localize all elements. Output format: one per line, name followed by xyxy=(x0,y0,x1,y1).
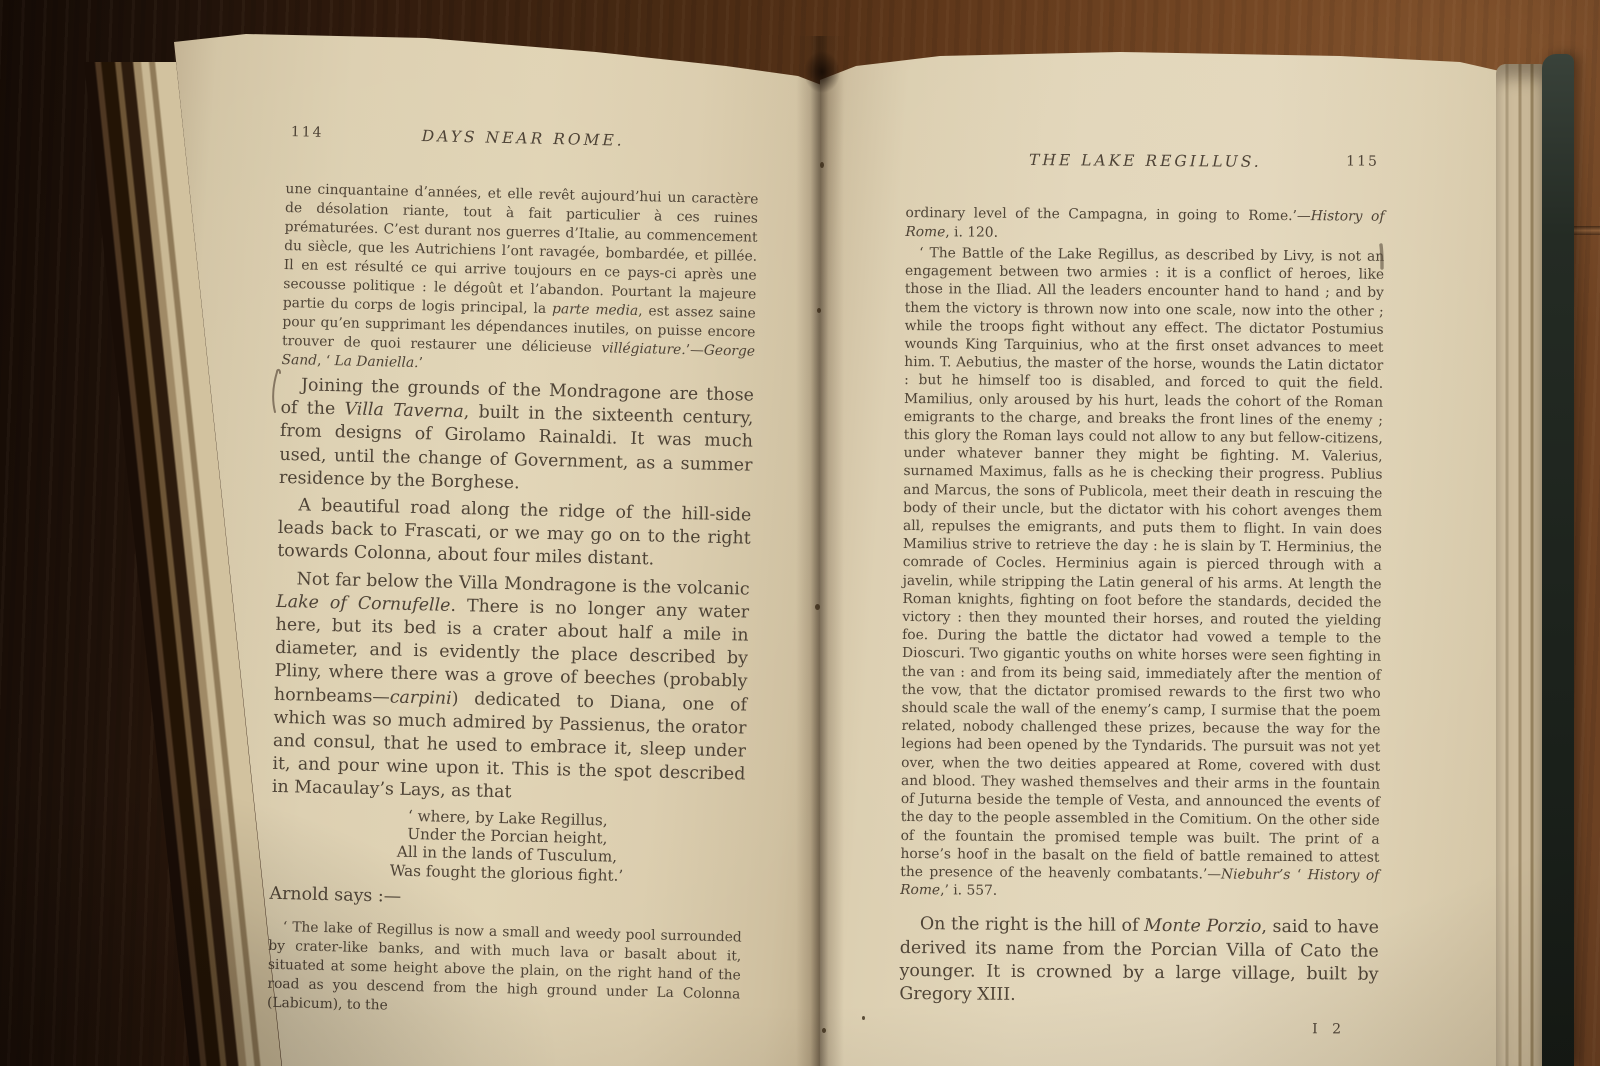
road-paragraph: A beautiful road along the ridge of the … xyxy=(277,494,751,574)
open-book-photo: 114 DAYS NEAR ROME. une cinquantaine d’a… xyxy=(0,0,1600,1066)
paper-speck xyxy=(815,604,820,610)
right-fore-edge-pages xyxy=(1496,64,1546,1066)
paper-speck xyxy=(822,1028,826,1033)
page-number-right: 115 xyxy=(1346,153,1379,169)
running-title-right: THE LAKE REGILLUS. xyxy=(906,150,1385,172)
right-cover-edge xyxy=(1542,54,1574,1066)
pencil-mark-icon xyxy=(266,368,282,414)
arnold-quote-paragraph: ‘ The lake of Regillus is now a small an… xyxy=(267,918,742,1024)
cornufelle-paragraph: Not far below the Villa Mondragone is th… xyxy=(272,568,750,811)
paper-speck xyxy=(817,308,821,313)
battle-quote-paragraph: ‘ The Battle of the Lake Regillus, as de… xyxy=(900,244,1384,903)
pencil-mark-icon xyxy=(1377,243,1387,271)
campagna-paragraph: ordinary level of the Campagna, in going… xyxy=(905,204,1384,246)
right-page-header: THE LAKE REGILLUS. 115 xyxy=(906,150,1385,176)
paper-speck xyxy=(820,162,824,168)
left-page-content: 114 DAYS NEAR ROME. une cinquantaine d’a… xyxy=(267,124,760,1024)
macaulay-verse: ‘ where, by Lake Regillus, Under the Por… xyxy=(270,803,745,887)
book-gutter xyxy=(796,36,844,1066)
arnold-intro: Arnold says :— xyxy=(269,883,742,917)
french-quote-paragraph: une cinquantaine d’années, et elle revêt… xyxy=(281,180,758,381)
page-number-left: 114 xyxy=(291,124,324,141)
monte-porzio-paragraph: On the right is the hill of Monte Porzio… xyxy=(899,913,1379,1010)
villa-taverna-paragraph: Joining the grounds of the Mondragone ar… xyxy=(279,374,755,501)
paper-speck xyxy=(862,1016,865,1020)
right-page-content: THE LAKE REGILLUS. 115 ordinary level of… xyxy=(899,150,1385,1038)
